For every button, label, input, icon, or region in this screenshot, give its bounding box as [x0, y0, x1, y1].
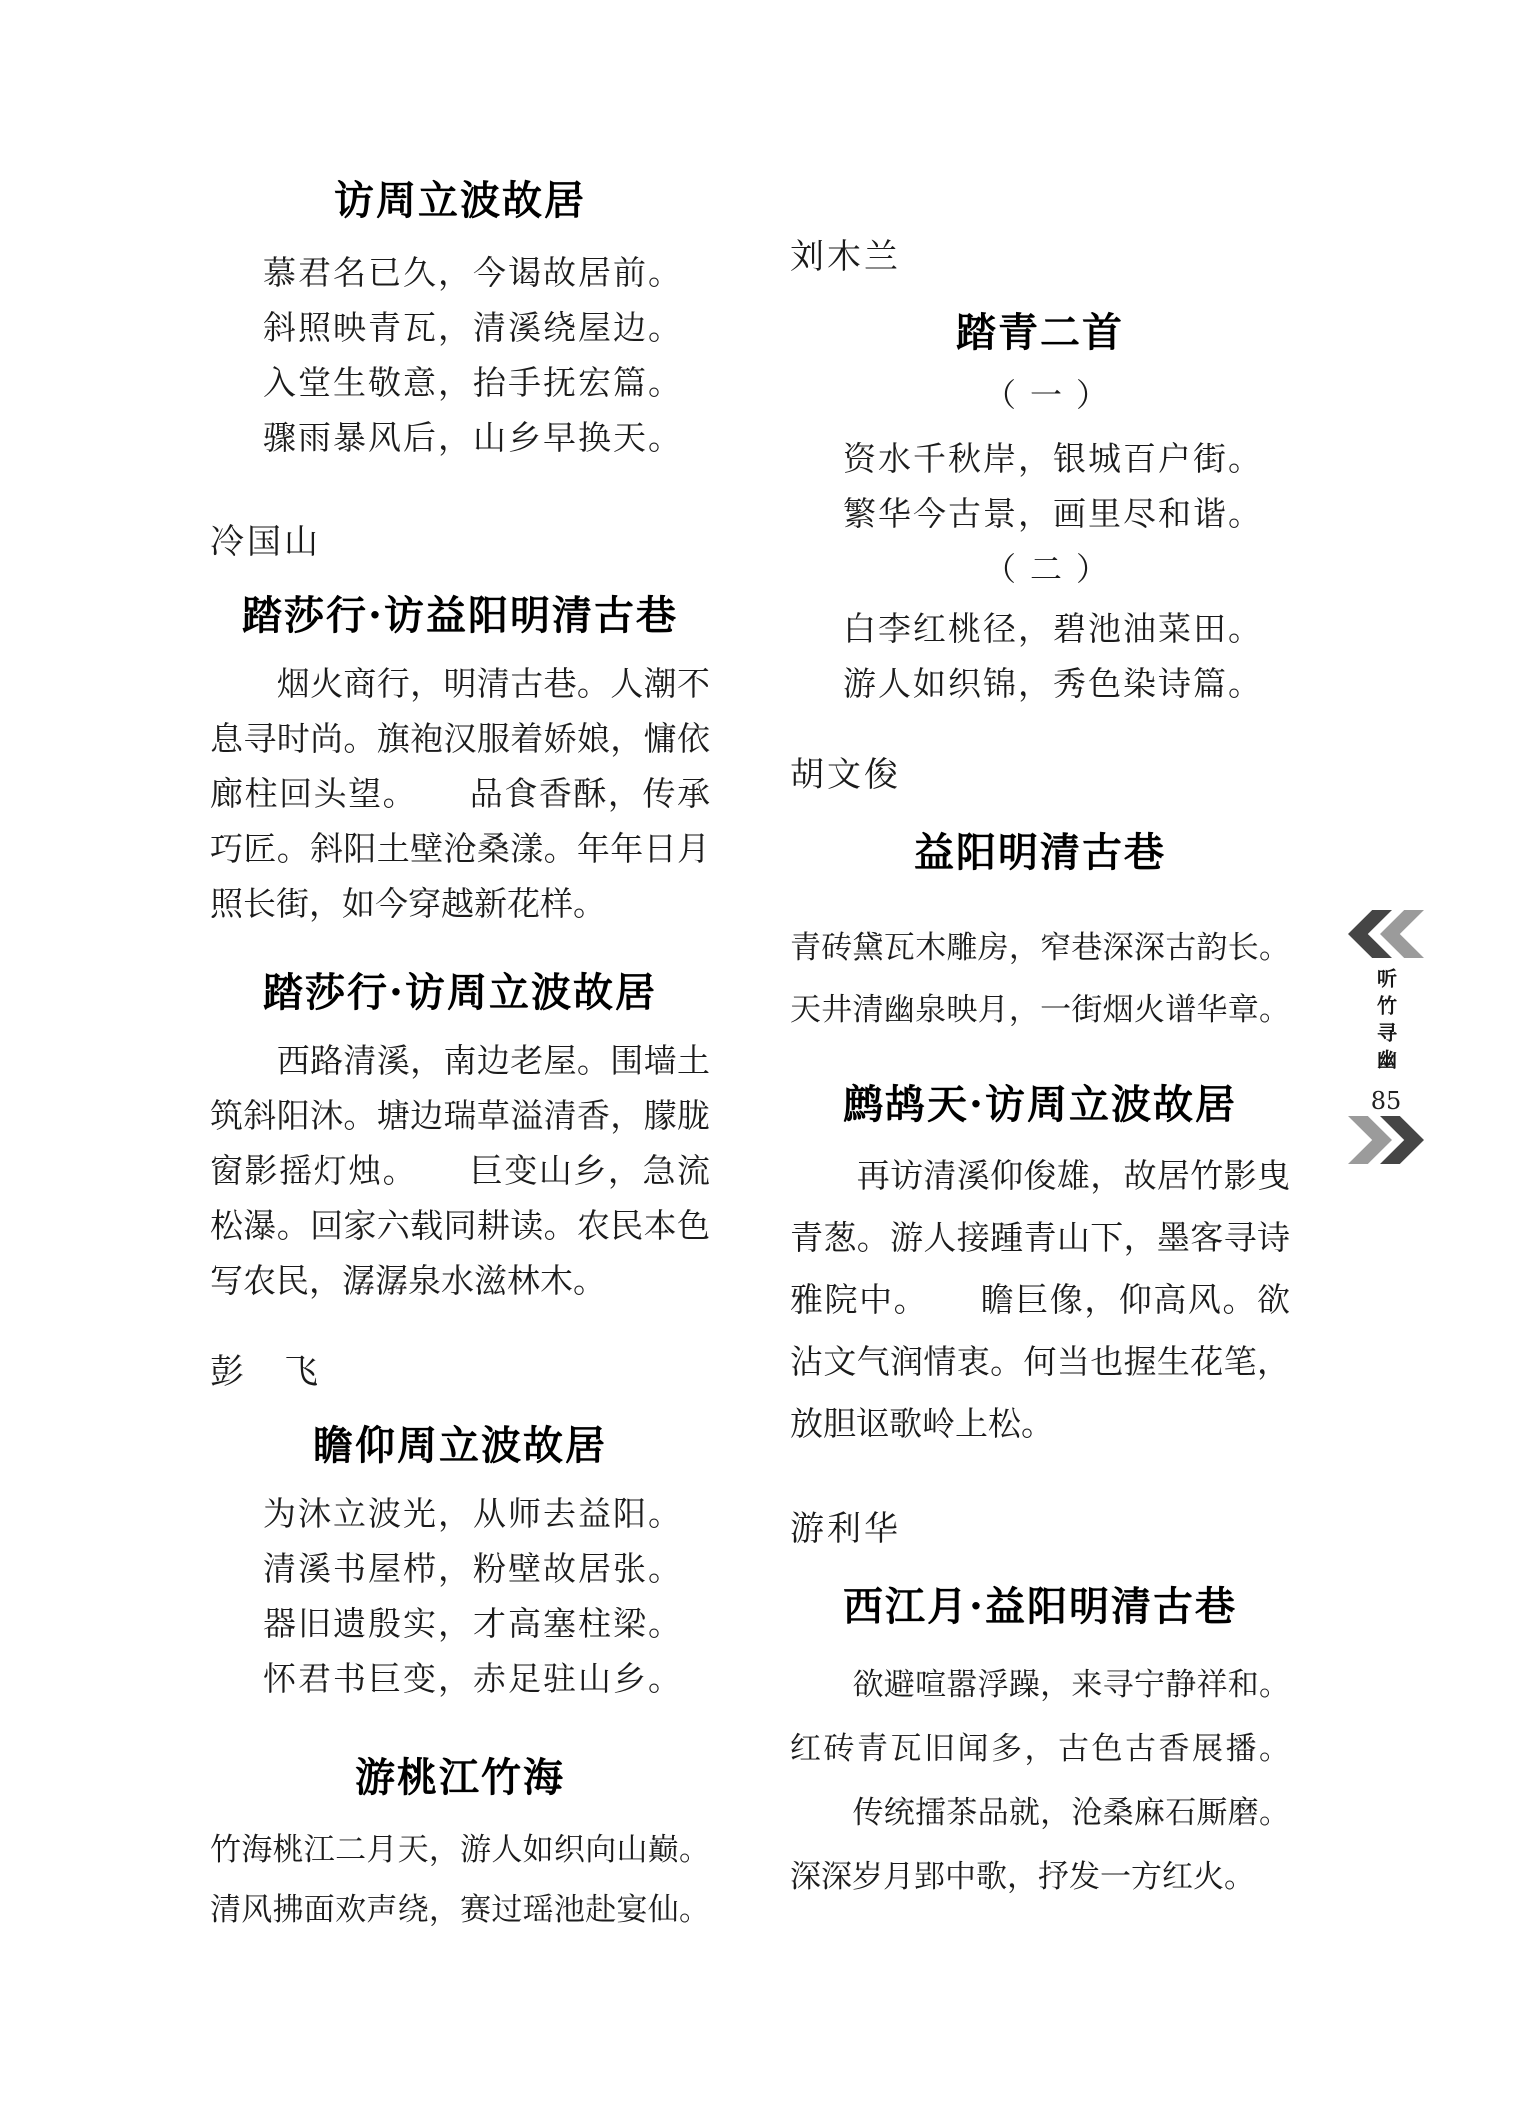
poem-body: 白李红桃径，碧池油菜田。 游人如织锦，秀色染诗篇。 — [790, 601, 1290, 711]
poem-line: 筑斜阳沐。塘边瑞草溢清香，朦胧 — [210, 1088, 710, 1143]
chevron-shape — [1380, 910, 1424, 958]
poem-line: 廊柱回头望。 品食香酥，传承 — [210, 766, 710, 821]
poem-line: 传统擂茶品就，沧桑麻石厮磨。 — [790, 1781, 1290, 1845]
poem-line: 器旧遗殷实，才高塞柱梁。 — [210, 1596, 710, 1651]
poem-line: 雅院中。 瞻巨像，仰高风。欲 — [790, 1269, 1290, 1331]
bracket-ornament-top-icon — [1344, 910, 1428, 958]
poem-line: 烟火商行，明清古巷。人潮不 — [210, 656, 710, 711]
poem-line: 青葱。游人接踵青山下，墨客寻诗 — [790, 1207, 1290, 1269]
poem-title: 瞻仰周立波故居 — [210, 1420, 710, 1472]
poem-line: 青砖黛瓦木雕房，窄巷深深古韵长。 — [790, 917, 1290, 979]
poem-line: 慕君名已久，今谒故居前。 — [210, 245, 710, 300]
bracket-ornament-bottom-icon — [1344, 1116, 1428, 1164]
poem-body: 青砖黛瓦木雕房，窄巷深深古韵长。 天井清幽泉映月，一街烟火谱华章。 — [790, 917, 1290, 1041]
poem-line: 息寻时尚。旗袍汉服着娇娘，慵依 — [210, 711, 710, 766]
poem-title: 踏莎行·访益阳明清古巷 — [210, 590, 710, 642]
author-name: 彭 飞 — [210, 1350, 710, 1394]
poem-line: 放胆讴歌岭上松。 — [790, 1393, 1290, 1455]
poem-line: 巧匠。斜阳土壁沧桑漾。年年日月 — [210, 821, 710, 876]
margin-tab: 听竹寻幽 85 — [1336, 910, 1436, 1164]
poem-line: 欲避喧嚣浮躁，来寻宁静祥和。 — [790, 1653, 1290, 1717]
author-name: 游利华 — [790, 1507, 1290, 1551]
author-name: 刘木兰 — [790, 235, 1290, 279]
part-label: （二） — [790, 545, 1290, 593]
section-title-vertical: 听竹寻幽 — [1372, 968, 1401, 1076]
page-number: 85 — [1336, 1086, 1436, 1116]
poem-body: 慕君名已久，今谒故居前。 斜照映青瓦，清溪绕屋边。 入堂生敬意，抬手抚宏篇。 骤… — [210, 245, 710, 465]
poem-body: 竹海桃江二月天，游人如织向山巅。 清风拂面欢声绕，赛过瑶池赴宴仙。 — [210, 1820, 710, 1940]
left-column: 访周立波故居 慕君名已久，今谒故居前。 斜照映青瓦，清溪绕屋边。 入堂生敬意，抬… — [210, 175, 710, 1940]
right-column: 刘木兰 踏青二首 （一） 资水千秋岸，银城百户街。 繁华今古景，画里尽和谐。 （… — [790, 225, 1290, 1909]
poem-line: 深深岁月郢中歌，抒发一方红火。 — [790, 1845, 1290, 1909]
poem-line: 西路清溪，南边老屋。围墙土 — [210, 1033, 710, 1088]
poem-title: 西江月·益阳明清古巷 — [790, 1581, 1290, 1633]
poem-line: 清溪书屋栉，粉壁故居张。 — [210, 1541, 710, 1596]
poem-line: 骤雨暴风后，山乡早换天。 — [210, 410, 710, 465]
poem-line: 资水千秋岸，银城百户街。 — [790, 431, 1290, 486]
poem-title: 访周立波故居 — [210, 175, 710, 227]
poem-body: 资水千秋岸，银城百户街。 繁华今古景，画里尽和谐。 — [790, 431, 1290, 541]
poem-title: 踏青二首 — [790, 307, 1290, 359]
poem-body: 欲避喧嚣浮躁，来寻宁静祥和。 红砖青瓦旧闻多，古色古香展播。 传统擂茶品就，沧桑… — [790, 1653, 1290, 1909]
poem-line: 再访清溪仰俊雄，故居竹影曳 — [790, 1145, 1290, 1207]
poem-body: 西路清溪，南边老屋。围墙土 筑斜阳沐。塘边瑞草溢清香，朦胧 窗影摇灯烛。 巨变山… — [210, 1033, 710, 1308]
poem-line: 照长街，如今穿越新花样。 — [210, 876, 710, 931]
poem-line: 游人如织锦，秀色染诗篇。 — [790, 656, 1290, 711]
poem-title: 益阳明清古巷 — [790, 827, 1290, 879]
author-name: 冷国山 — [210, 520, 710, 564]
poem-title: 鹧鸪天·访周立波故居 — [790, 1079, 1290, 1131]
poem-line: 怀君书巨变，赤足驻山乡。 — [210, 1651, 710, 1706]
poem-line: 松瀑。回家六载同耕读。农民本色 — [210, 1198, 710, 1253]
author-name: 胡文俊 — [790, 753, 1290, 797]
poem-line: 天井清幽泉映月，一街烟火谱华章。 — [790, 979, 1290, 1041]
poem-title: 游桃江竹海 — [210, 1752, 710, 1804]
poem-line: 斜照映青瓦，清溪绕屋边。 — [210, 300, 710, 355]
poem-line: 清风拂面欢声绕，赛过瑶池赴宴仙。 — [210, 1880, 710, 1940]
poem-line: 繁华今古景，画里尽和谐。 — [790, 486, 1290, 541]
poem-line: 红砖青瓦旧闻多，古色古香展播。 — [790, 1717, 1290, 1781]
poem-title: 踏莎行·访周立波故居 — [210, 967, 710, 1019]
poem-body: 再访清溪仰俊雄，故居竹影曳 青葱。游人接踵青山下，墨客寻诗 雅院中。 瞻巨像，仰… — [790, 1145, 1290, 1455]
poem-line: 为沐立波光，从师去益阳。 — [210, 1486, 710, 1541]
poem-line: 入堂生敬意，抬手抚宏篇。 — [210, 355, 710, 410]
poem-line: 白李红桃径，碧池油菜田。 — [790, 601, 1290, 656]
chevron-shape — [1348, 1116, 1392, 1164]
poem-line: 沾文气润情衷。何当也握生花笔， — [790, 1331, 1290, 1393]
poem-line: 竹海桃江二月天，游人如织向山巅。 — [210, 1820, 710, 1880]
poem-line: 写农民，潺潺泉水滋林木。 — [210, 1253, 710, 1308]
poem-line: 窗影摇灯烛。 巨变山乡，急流 — [210, 1143, 710, 1198]
poem-body: 为沐立波光，从师去益阳。 清溪书屋栉，粉壁故居张。 器旧遗殷实，才高塞柱梁。 怀… — [210, 1486, 710, 1706]
part-label: （一） — [790, 371, 1290, 419]
poem-body: 烟火商行，明清古巷。人潮不 息寻时尚。旗袍汉服着娇娘，慵依 廊柱回头望。 品食香… — [210, 656, 710, 931]
